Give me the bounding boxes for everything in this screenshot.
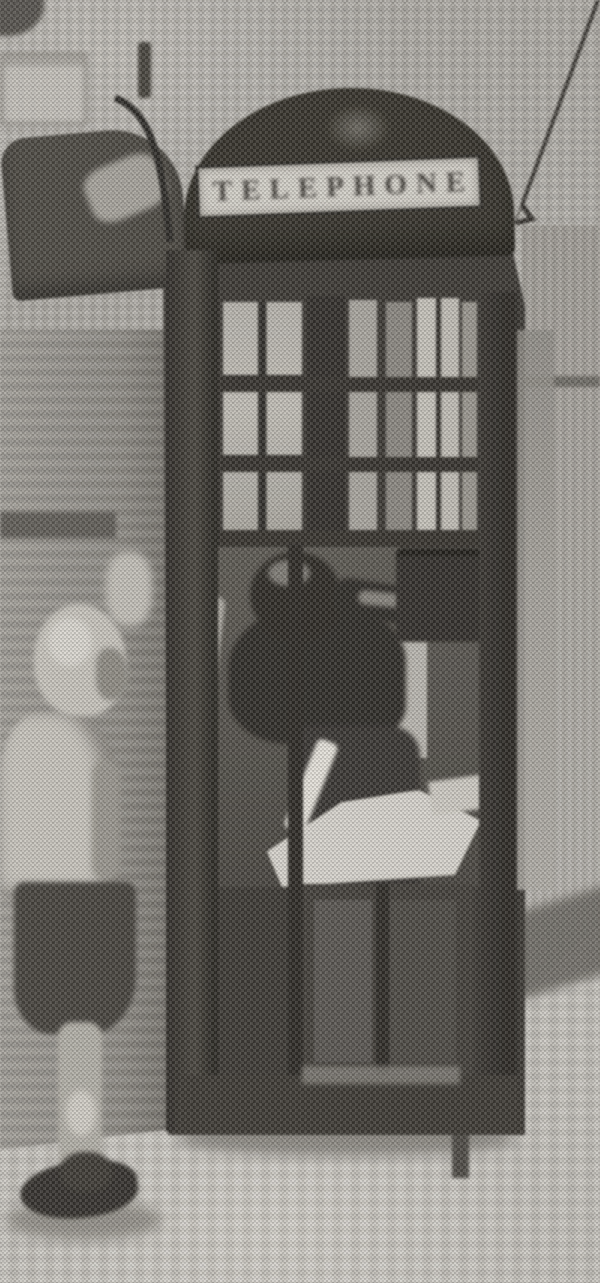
telephone-sign-text: TELEPHONE <box>198 158 480 217</box>
door-panel-bar <box>376 884 389 1080</box>
door-pane <box>417 298 459 543</box>
door-panel <box>314 900 372 1062</box>
background-window <box>0 52 88 126</box>
side-glazing-reflection <box>517 330 554 890</box>
telephone-sign: TELEPHONE <box>195 155 483 220</box>
door-hinge-post <box>288 545 303 1125</box>
door-panel <box>390 900 456 1062</box>
child-knee-highlight <box>66 1090 96 1136</box>
kiosk-plinth <box>175 1075 523 1135</box>
child-hair-highlight <box>48 618 92 666</box>
glazing-bar <box>220 377 478 392</box>
door-pane <box>349 300 377 542</box>
side-window-panes <box>223 302 302 537</box>
halftone-photo: TELEPHONE <box>0 0 600 1283</box>
photo-scene: TELEPHONE <box>0 0 600 1283</box>
door-stile <box>307 296 345 551</box>
door-pane <box>462 302 477 540</box>
child-face <box>96 648 128 700</box>
door-pane <box>386 302 412 540</box>
window-sill <box>218 530 480 547</box>
door-sill-highlight <box>302 1066 460 1084</box>
child-arm <box>92 760 120 880</box>
telephone-apparatus <box>396 548 482 642</box>
child-shoe <box>60 1152 112 1192</box>
glazing-bar <box>220 457 478 472</box>
kiosk-corner-post-left <box>166 250 218 1132</box>
light-patch <box>106 552 152 626</box>
child-shorts <box>14 882 136 1034</box>
post-stub <box>452 1130 469 1178</box>
kiosk-corner-post-right <box>479 292 517 1135</box>
roof-crest <box>325 104 391 152</box>
fence-rail <box>0 512 116 538</box>
